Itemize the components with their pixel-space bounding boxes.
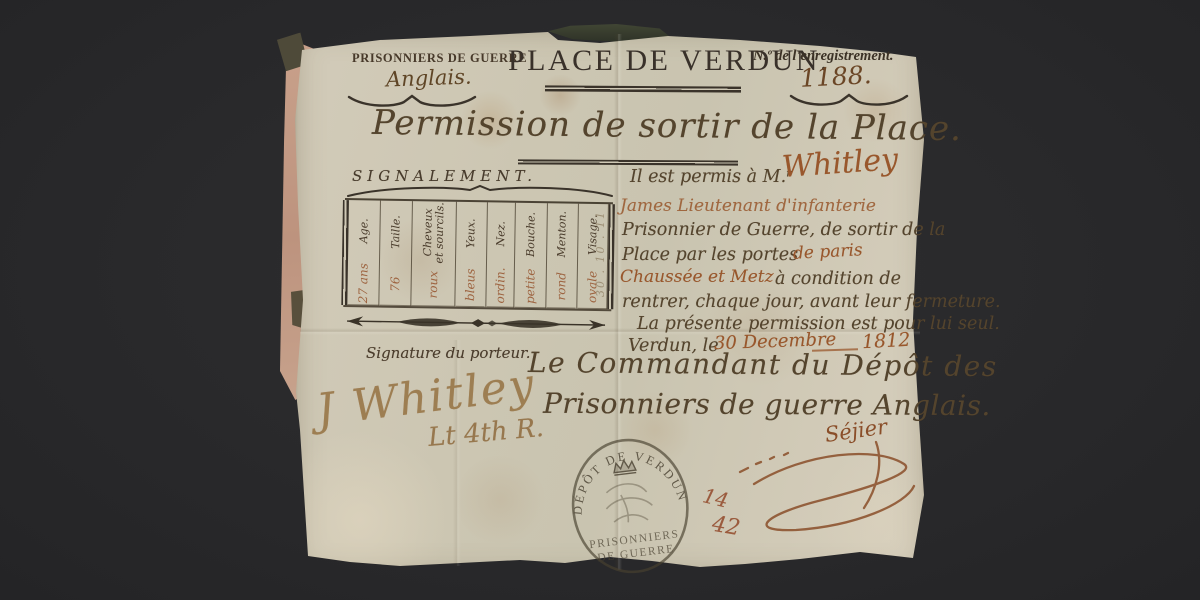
permit-line5: à condition de	[775, 269, 901, 289]
spear-divider-ornament	[341, 311, 613, 335]
commandant-signature: Séjier	[726, 412, 926, 552]
permit-line2-handwritten: James Lieutenant d'infanterie	[620, 196, 876, 216]
permit-line4-handwritten: de paris	[793, 240, 864, 264]
table-column-cheveux: Cheveux et sourcils. roux	[412, 201, 458, 307]
commandant-title-line1: Le Commandant du Dépôt des	[528, 346, 998, 383]
permit-line1: Il est permis à M.ʳ	[630, 167, 792, 187]
bearer-signature-label: Signature du porteur.	[366, 344, 530, 362]
column-header: Age.	[348, 200, 380, 262]
column-value: 76	[379, 263, 411, 306]
column-value: petite	[514, 265, 546, 308]
table-column-yeux: Yeux. bleus	[456, 202, 488, 307]
column-value: bleus	[456, 264, 486, 307]
photo-background: PRISONNIERS DE GUERRE Anglais. PLACE DE …	[0, 0, 1200, 600]
signalement-label: SIGNALEMENT.	[352, 167, 537, 185]
nationality-note: Anglais.	[386, 65, 472, 92]
corps-label: PRISONNIERS DE GUERRE	[352, 51, 527, 66]
document-title: Permission de sortir de la Place.	[372, 103, 962, 149]
permit-line3: Prisonnier de Guerre, de sortir de la	[622, 220, 945, 240]
depot-stamp: DÉPÔT DE VERDUN PRISONNIERS DE GUERRE	[548, 422, 713, 587]
column-header: Taille.	[380, 201, 412, 263]
signalement-brace-ornament	[344, 184, 616, 200]
archive-side-note: 30 . 10 . 11	[594, 210, 607, 297]
registration-number: 1188.	[799, 60, 872, 93]
permit-line6: rentrer, chaque jour, avant leur fermetu…	[622, 292, 1001, 312]
table-column-bouche: Bouche. petite	[514, 203, 548, 308]
permit-line5-handwritten: Chaussée et Metz	[620, 267, 774, 287]
table-column-menton: Menton. rond	[547, 203, 579, 308]
column-value: ordin.	[486, 264, 514, 307]
column-header: Menton.	[547, 203, 577, 265]
stamp-arc-text: DÉPÔT DE VERDUN	[563, 442, 690, 517]
table-column-nez: Nez. ordin.	[486, 202, 516, 307]
eagle-emblem-icon	[604, 481, 654, 525]
table-column-age: Age. 27 ans	[347, 200, 381, 305]
column-header: Nez.	[487, 202, 515, 264]
svg-text:DÉPÔT DE VERDUN: DÉPÔT DE VERDUN	[563, 442, 690, 517]
column-header: Yeux.	[456, 202, 486, 264]
column-value: 27 ans	[347, 262, 379, 305]
commandant-name-signature: Séjier	[823, 414, 890, 447]
signalement-table: Age. 27 ans Taille. 76 Cheveux et sourci…	[341, 198, 615, 335]
column-header: Bouche.	[515, 203, 547, 265]
table-column-taille: Taille. 76	[379, 201, 413, 306]
column-header: Cheveux et sourcils.	[412, 201, 456, 264]
permit-line4: Place par les portes	[622, 245, 798, 265]
column-value: roux	[412, 263, 456, 307]
brace-ornament-right	[788, 92, 910, 107]
column-value: rond	[547, 265, 577, 308]
